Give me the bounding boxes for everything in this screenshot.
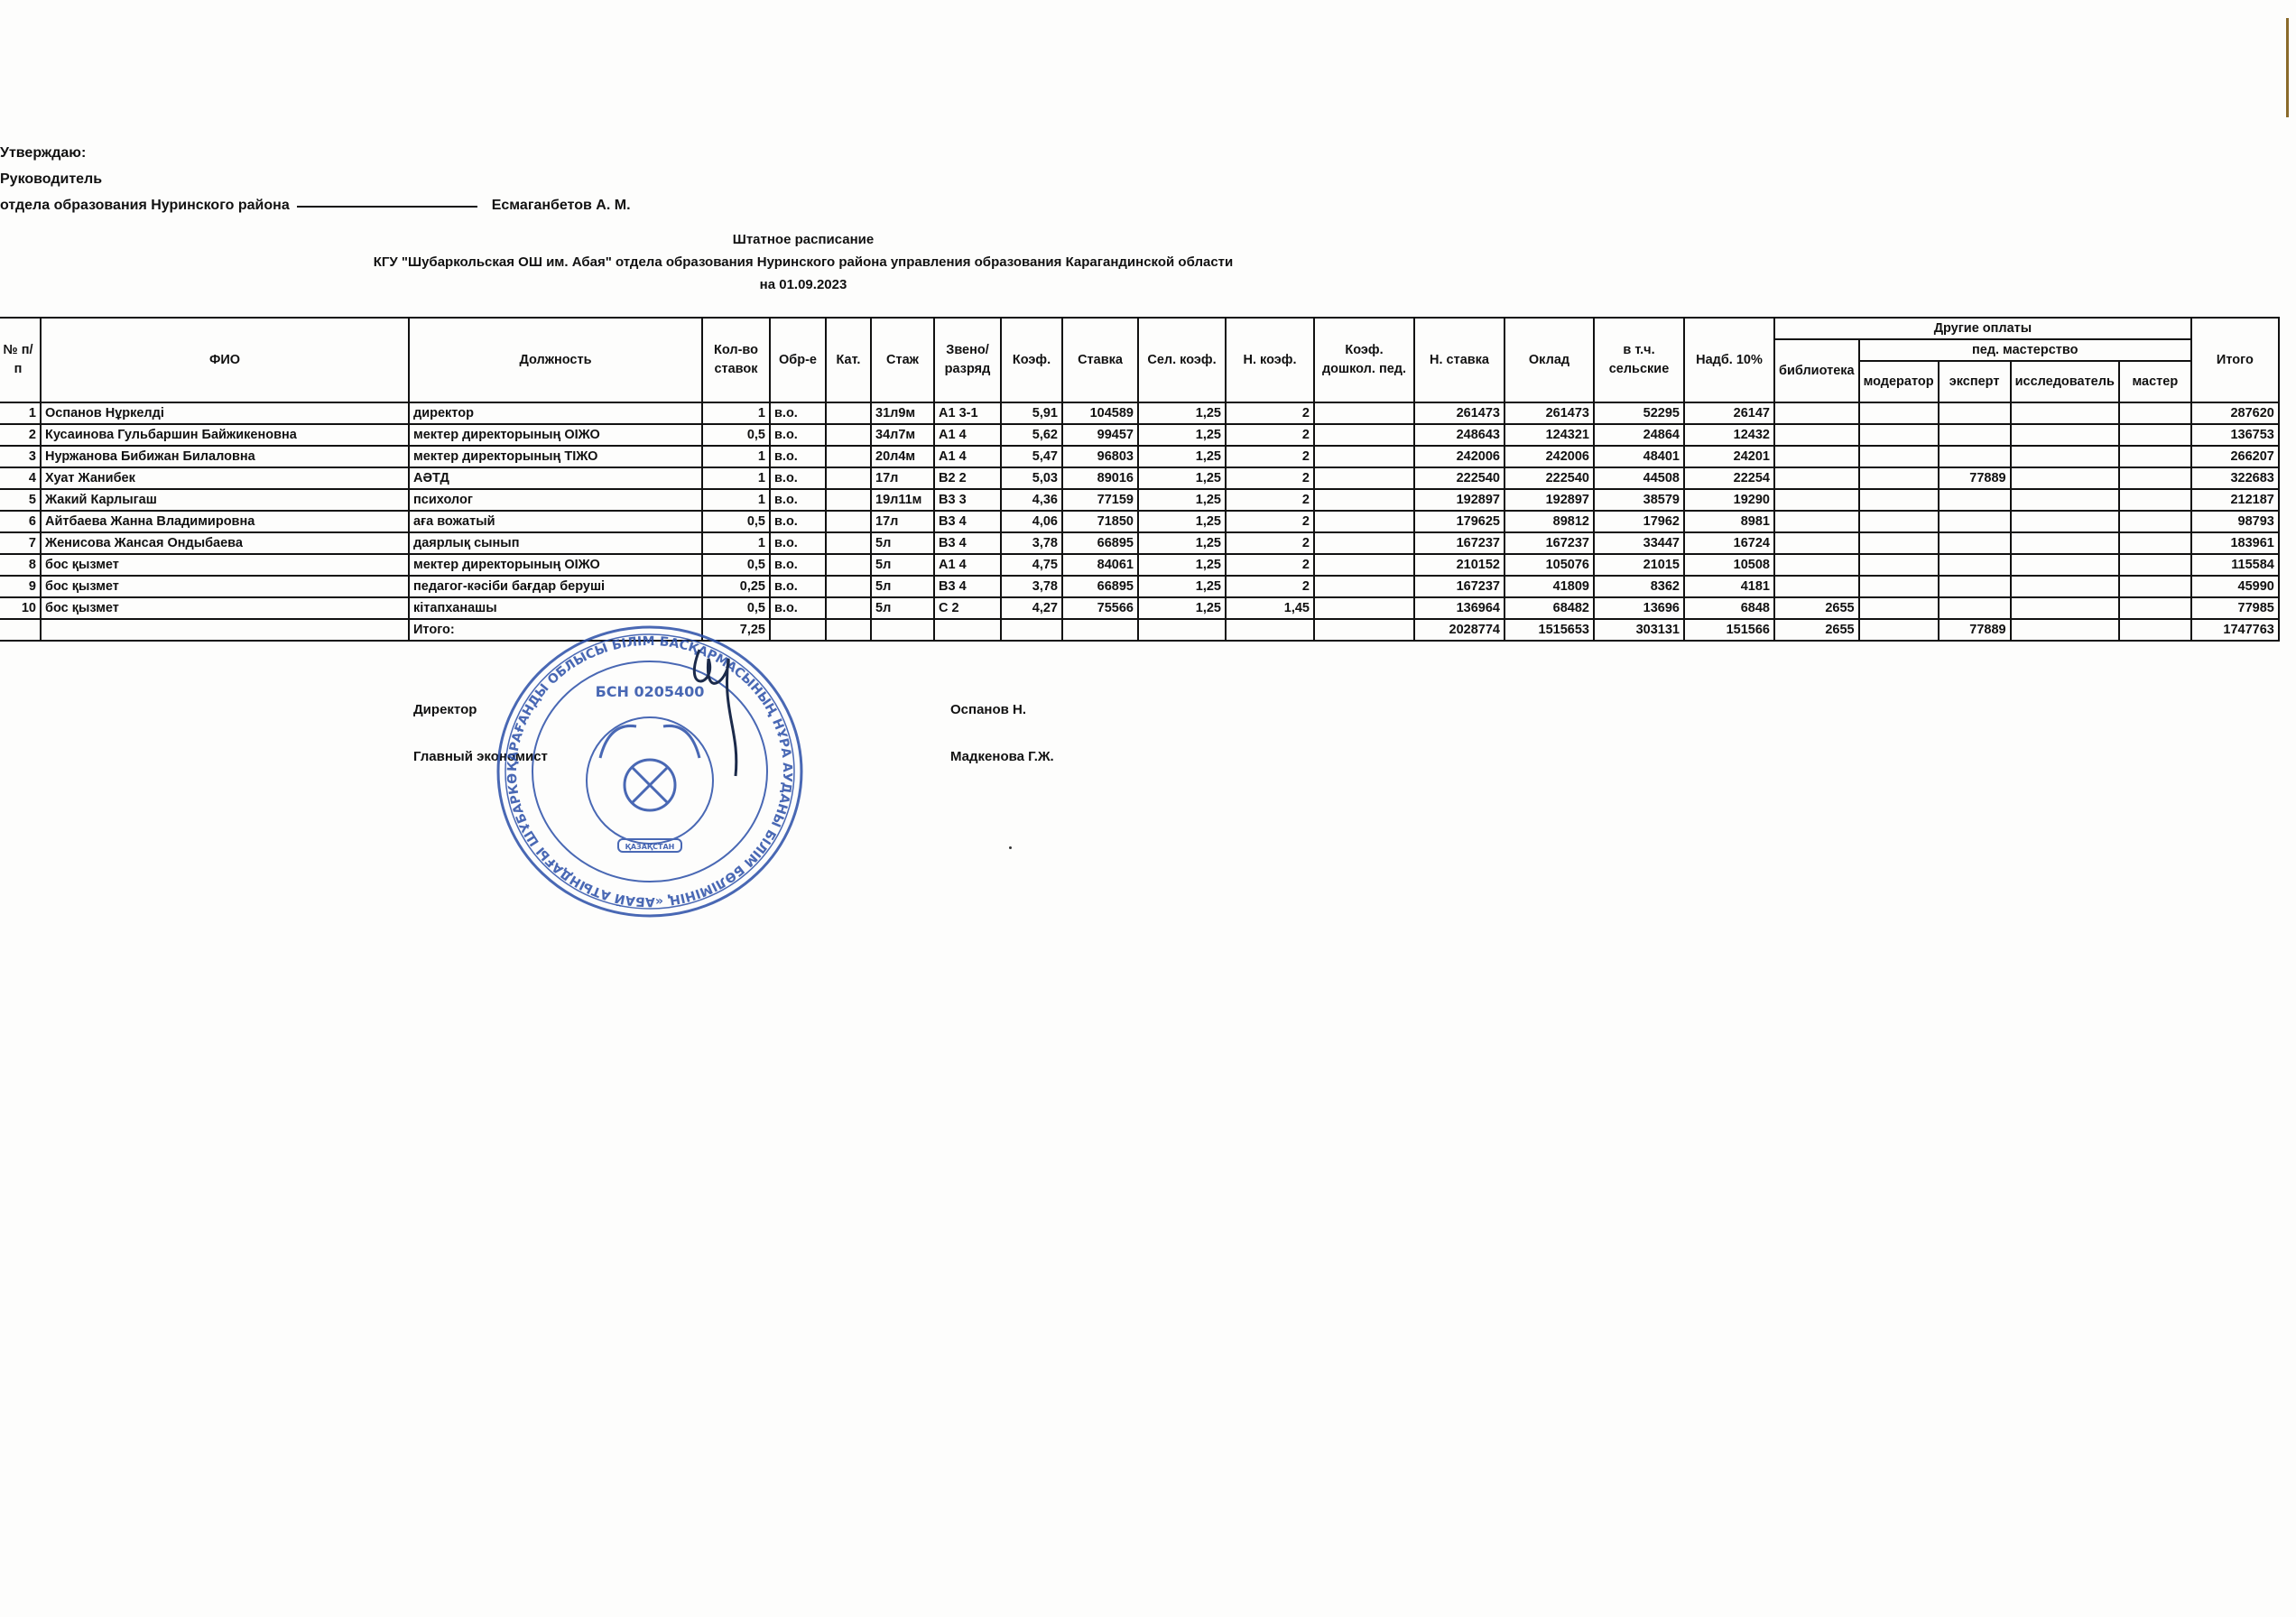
cell-rates: 1: [702, 467, 770, 489]
cell-num: 7: [0, 532, 41, 554]
cell-num: 8: [0, 554, 41, 576]
cell-position: мектер директорының ОІЖО: [409, 554, 702, 576]
table-row: 10бос қызметкітапханашы0,5в.о.5лС 24,277…: [0, 597, 2279, 619]
col-group-ped-mastery: пед. мастерство: [1859, 339, 2191, 361]
cell-fio: Нуржанова Бибижан Билаловна: [41, 446, 409, 467]
cell-bonus: 6848: [1684, 597, 1774, 619]
staff-schedule-table: № п/п ФИО Должность Кол-во ставок Обр-е …: [0, 317, 2280, 642]
cell-rural-coef: 1,25: [1138, 446, 1226, 467]
cell-n-coef: 2: [1226, 489, 1314, 511]
signature-role-director: Директор: [413, 702, 477, 717]
col-master: мастер: [2119, 361, 2191, 402]
col-bonus: Надб. 10%: [1684, 318, 1774, 402]
cell-position: даярлық сынып: [409, 532, 702, 554]
cell-coef: 4,27: [1001, 597, 1062, 619]
cell-n-stavka: 248643: [1414, 424, 1504, 446]
cell-moderator: [1859, 446, 1939, 467]
cell-stavka: 96803: [1062, 446, 1138, 467]
cell-preschool-coef: [1314, 446, 1414, 467]
total-cell-library: 2655: [1774, 619, 1859, 641]
col-rural: в т.ч. сельские: [1594, 318, 1684, 402]
approver-name: Есмаганбетов А. М.: [492, 198, 631, 213]
cell-oklad: 41809: [1504, 576, 1594, 597]
scan-edge-artifact: [2286, 18, 2289, 117]
cell-education: в.о.: [770, 489, 826, 511]
cell-position: педагог-кәсіби бағдар беруші: [409, 576, 702, 597]
cell-experience: 31л9м: [871, 402, 934, 424]
cell-rural: 38579: [1594, 489, 1684, 511]
cell-preschool-coef: [1314, 532, 1414, 554]
approval-dept: отдела образования Нуринского районаЕсма…: [0, 192, 631, 218]
cell-experience: 17л: [871, 467, 934, 489]
cell-oklad: 192897: [1504, 489, 1594, 511]
cell-rural: 44508: [1594, 467, 1684, 489]
cell-category: [826, 576, 871, 597]
cell-experience: 17л: [871, 511, 934, 532]
cell-library: [1774, 532, 1859, 554]
cell-stavka: 66895: [1062, 576, 1138, 597]
cell-n-stavka: 210152: [1414, 554, 1504, 576]
cell-category: [826, 597, 871, 619]
cell-grade: А1 4: [934, 554, 1001, 576]
cell-num: 9: [0, 576, 41, 597]
total-cell-expert: 77889: [1939, 619, 2011, 641]
cell-category: [826, 511, 871, 532]
total-cell-n-coef: [1226, 619, 1314, 641]
cell-expert: [1939, 532, 2011, 554]
cell-n-coef: 2: [1226, 576, 1314, 597]
cell-position: кітапханашы: [409, 597, 702, 619]
cell-rates: 1: [702, 532, 770, 554]
cell-coef: 5,91: [1001, 402, 1062, 424]
cell-total: 98793: [2191, 511, 2279, 532]
cell-master: [2119, 489, 2191, 511]
cell-n-stavka: 167237: [1414, 576, 1504, 597]
cell-library: [1774, 446, 1859, 467]
document-date: на 01.09.2023: [307, 273, 1300, 296]
cell-category: [826, 424, 871, 446]
cell-total: 266207: [2191, 446, 2279, 467]
cell-bonus: 22254: [1684, 467, 1774, 489]
cell-experience: 5л: [871, 576, 934, 597]
cell-experience: 5л: [871, 532, 934, 554]
cell-preschool-coef: [1314, 511, 1414, 532]
svg-text:БСН 0205400: БСН 0205400: [596, 683, 705, 700]
cell-rates: 0,5: [702, 511, 770, 532]
totals-row: Итого:7,25202877415156533031311515662655…: [0, 619, 2279, 641]
cell-fio: бос қызмет: [41, 576, 409, 597]
cell-moderator: [1859, 424, 1939, 446]
signature-name-director: Оспанов Н.: [950, 702, 1026, 717]
approval-block: Утверждаю: Руководитель отдела образован…: [0, 140, 631, 218]
cell-library: [1774, 576, 1859, 597]
cell-total: 212187: [2191, 489, 2279, 511]
col-coef: Коэф.: [1001, 318, 1062, 402]
cell-rates: 1: [702, 446, 770, 467]
cell-experience: 20л4м: [871, 446, 934, 467]
cell-fio: Оспанов Нұркелді: [41, 402, 409, 424]
header-row: № п/п ФИО Должность Кол-во ставок Обр-е …: [0, 318, 2279, 339]
cell-education: в.о.: [770, 576, 826, 597]
table-row: 2Кусаинова Гульбаршин Байжикеновнамектер…: [0, 424, 2279, 446]
cell-n-stavka: 136964: [1414, 597, 1504, 619]
cell-position: мектер директорының ТІЖО: [409, 446, 702, 467]
col-n-stavka: Н. ставка: [1414, 318, 1504, 402]
cell-bonus: 8981: [1684, 511, 1774, 532]
approval-role: Руководитель: [0, 166, 631, 192]
cell-n-stavka: 222540: [1414, 467, 1504, 489]
cell-researcher: [2011, 576, 2119, 597]
col-n-coef: Н. коэф.: [1226, 318, 1314, 402]
cell-n-coef: 2: [1226, 402, 1314, 424]
cell-coef: 4,36: [1001, 489, 1062, 511]
total-cell-bonus: 151566: [1684, 619, 1774, 641]
cell-library: [1774, 467, 1859, 489]
cell-expert: [1939, 402, 2011, 424]
cell-n-coef: 2: [1226, 467, 1314, 489]
cell-fio: Женисова Жансая Ондыбаева: [41, 532, 409, 554]
cell-num: 10: [0, 597, 41, 619]
cell-coef: 3,78: [1001, 532, 1062, 554]
cell-grade: В3 3: [934, 489, 1001, 511]
cell-rural-coef: 1,25: [1138, 532, 1226, 554]
cell-moderator: [1859, 489, 1939, 511]
total-cell-experience: [871, 619, 934, 641]
stamp-seal-icon: ҚАРАҒАНДЫ ОБЛЫСЫ БІЛІМ БАСҚАРМАСЫНЫҢ НҰР…: [492, 623, 808, 920]
cell-rural: 13696: [1594, 597, 1684, 619]
cell-library: [1774, 489, 1859, 511]
cell-n-stavka: 261473: [1414, 402, 1504, 424]
cell-stavka: 99457: [1062, 424, 1138, 446]
cell-n-stavka: 179625: [1414, 511, 1504, 532]
cell-preschool-coef: [1314, 576, 1414, 597]
table-row: 6Айтбаева Жанна Владимировнааға вожатый0…: [0, 511, 2279, 532]
cell-rates: 1: [702, 489, 770, 511]
cell-researcher: [2011, 511, 2119, 532]
cell-rates: 0,5: [702, 597, 770, 619]
table-row: 1Оспанов Нұркелдідиректор1в.о.31л9мА1 3-…: [0, 402, 2279, 424]
cell-grade: В3 4: [934, 532, 1001, 554]
cell-rural: 17962: [1594, 511, 1684, 532]
cell-master: [2119, 446, 2191, 467]
cell-rural-coef: 1,25: [1138, 511, 1226, 532]
cell-total: 287620: [2191, 402, 2279, 424]
cell-fio: Хуат Жанибек: [41, 467, 409, 489]
speck: [1009, 846, 1012, 849]
cell-bonus: 26147: [1684, 402, 1774, 424]
cell-coef: 4,06: [1001, 511, 1062, 532]
cell-library: [1774, 402, 1859, 424]
cell-position: аға вожатый: [409, 511, 702, 532]
cell-expert: [1939, 489, 2011, 511]
col-oklad: Оклад: [1504, 318, 1594, 402]
cell-oklad: 124321: [1504, 424, 1594, 446]
cell-num: 5: [0, 489, 41, 511]
col-preschool-coef: Коэф. дошкол. пед.: [1314, 318, 1414, 402]
organization-name: КГУ "Шубаркольская ОШ им. Абая" отдела о…: [307, 251, 1300, 273]
cell-bonus: 4181: [1684, 576, 1774, 597]
cell-rates: 0,5: [702, 554, 770, 576]
cell-library: [1774, 554, 1859, 576]
cell-grade: С 2: [934, 597, 1001, 619]
cell-oklad: 261473: [1504, 402, 1594, 424]
cell-rural-coef: 1,25: [1138, 402, 1226, 424]
cell-rural-coef: 1,25: [1138, 489, 1226, 511]
cell-preschool-coef: [1314, 402, 1414, 424]
cell-coef: 3,78: [1001, 576, 1062, 597]
cell-position: мектер директорының ОІЖО: [409, 424, 702, 446]
cell-n-stavka: 242006: [1414, 446, 1504, 467]
cell-grade: А1 4: [934, 446, 1001, 467]
cell-education: в.о.: [770, 446, 826, 467]
cell-bonus: 24201: [1684, 446, 1774, 467]
cell-fio: Айтбаева Жанна Владимировна: [41, 511, 409, 532]
cell-n-coef: 2: [1226, 446, 1314, 467]
cell-researcher: [2011, 446, 2119, 467]
col-experience: Стаж: [871, 318, 934, 402]
cell-library: 2655: [1774, 597, 1859, 619]
cell-n-coef: 2: [1226, 554, 1314, 576]
cell-category: [826, 402, 871, 424]
col-grade: Звено/разряд: [934, 318, 1001, 402]
cell-fio: Жакий Карлыгаш: [41, 489, 409, 511]
col-category: Кат.: [826, 318, 871, 402]
total-cell-master: [2119, 619, 2191, 641]
cell-num: 3: [0, 446, 41, 467]
cell-grade: В3 4: [934, 511, 1001, 532]
cell-category: [826, 467, 871, 489]
cell-researcher: [2011, 597, 2119, 619]
cell-education: в.о.: [770, 532, 826, 554]
cell-oklad: 105076: [1504, 554, 1594, 576]
cell-stavka: 89016: [1062, 467, 1138, 489]
cell-fio: бос қызмет: [41, 597, 409, 619]
cell-master: [2119, 511, 2191, 532]
cell-expert: [1939, 576, 2011, 597]
total-cell-rural: 303131: [1594, 619, 1684, 641]
cell-num: 1: [0, 402, 41, 424]
cell-rural-coef: 1,25: [1138, 467, 1226, 489]
col-rates: Кол-во ставок: [702, 318, 770, 402]
cell-rural-coef: 1,25: [1138, 597, 1226, 619]
cell-bonus: 19290: [1684, 489, 1774, 511]
cell-fio: бос қызмет: [41, 554, 409, 576]
signature-name-economist: Мадкенова Г.Ж.: [950, 749, 1054, 764]
cell-fio: Кусаинова Гульбаршин Байжикеновна: [41, 424, 409, 446]
cell-grade: А1 3-1: [934, 402, 1001, 424]
total-cell-grade: [934, 619, 1001, 641]
cell-coef: 4,75: [1001, 554, 1062, 576]
table-row: 5Жакий Карлыгашпсихолог1в.о.19л11мВ3 34,…: [0, 489, 2279, 511]
cell-stavka: 84061: [1062, 554, 1138, 576]
cell-education: в.о.: [770, 424, 826, 446]
total-cell-coef: [1001, 619, 1062, 641]
cell-oklad: 222540: [1504, 467, 1594, 489]
approval-dept-text: отдела образования Нуринского района: [0, 198, 290, 213]
cell-category: [826, 446, 871, 467]
cell-rural: 52295: [1594, 402, 1684, 424]
col-total: Итого: [2191, 318, 2279, 402]
cell-n-coef: 2: [1226, 511, 1314, 532]
table-row: 4Хуат ЖанибекАӘТД1в.о.17лВ2 25,03890161,…: [0, 467, 2279, 489]
svg-text:ҚАРАҒАНДЫ ОБЛЫСЫ БІЛІМ БАСҚАРМ: ҚАРАҒАНДЫ ОБЛЫСЫ БІЛІМ БАСҚАРМАСЫНЫҢ НҰР…: [492, 623, 794, 909]
total-cell-category: [826, 619, 871, 641]
cell-rural: 48401: [1594, 446, 1684, 467]
cell-total: 115584: [2191, 554, 2279, 576]
cell-rural: 24864: [1594, 424, 1684, 446]
cell-master: [2119, 424, 2191, 446]
cell-position: АӘТД: [409, 467, 702, 489]
col-stavka: Ставка: [1062, 318, 1138, 402]
cell-master: [2119, 597, 2191, 619]
cell-bonus: 12432: [1684, 424, 1774, 446]
cell-stavka: 71850: [1062, 511, 1138, 532]
cell-oklad: 89812: [1504, 511, 1594, 532]
col-researcher: исследователь: [2011, 361, 2119, 402]
cell-education: в.о.: [770, 402, 826, 424]
cell-n-stavka: 192897: [1414, 489, 1504, 511]
stamp-outer-text: ҚАРАҒАНДЫ ОБЛЫСЫ БІЛІМ БАСҚАРМАСЫНЫҢ НҰР…: [492, 623, 794, 909]
total-cell-num: [0, 619, 41, 641]
cell-total: 322683: [2191, 467, 2279, 489]
cell-master: [2119, 576, 2191, 597]
cell-preschool-coef: [1314, 424, 1414, 446]
col-group-other-payments: Другие оплаты: [1774, 318, 2191, 339]
cell-oklad: 242006: [1504, 446, 1594, 467]
cell-moderator: [1859, 597, 1939, 619]
cell-grade: В2 2: [934, 467, 1001, 489]
cell-n-coef: 2: [1226, 532, 1314, 554]
col-education: Обр-е: [770, 318, 826, 402]
total-cell-n-stavka: 2028774: [1414, 619, 1504, 641]
col-expert: эксперт: [1939, 361, 2011, 402]
cell-education: в.о.: [770, 511, 826, 532]
total-cell-fio: [41, 619, 409, 641]
cell-expert: [1939, 597, 2011, 619]
cell-category: [826, 554, 871, 576]
cell-preschool-coef: [1314, 489, 1414, 511]
total-cell-total: 1747763: [2191, 619, 2279, 641]
total-cell-researcher: [2011, 619, 2119, 641]
cell-grade: В3 4: [934, 576, 1001, 597]
cell-rural-coef: 1,25: [1138, 576, 1226, 597]
cell-education: в.о.: [770, 467, 826, 489]
table-row: 3Нуржанова Бибижан Билаловнамектер дирек…: [0, 446, 2279, 467]
col-library: библиотека: [1774, 339, 1859, 402]
cell-num: 4: [0, 467, 41, 489]
col-position: Должность: [409, 318, 702, 402]
table-row: 9бос қызметпедагог-кәсіби бағдар беруші0…: [0, 576, 2279, 597]
cell-grade: А1 4: [934, 424, 1001, 446]
cell-stavka: 75566: [1062, 597, 1138, 619]
col-num: № п/п: [0, 318, 41, 402]
cell-oklad: 68482: [1504, 597, 1594, 619]
cell-n-coef: 1,45: [1226, 597, 1314, 619]
cell-rural: 33447: [1594, 532, 1684, 554]
cell-expert: [1939, 554, 2011, 576]
cell-rural: 8362: [1594, 576, 1684, 597]
col-rural-coef: Сел. коэф.: [1138, 318, 1226, 402]
cell-stavka: 104589: [1062, 402, 1138, 424]
cell-preschool-coef: [1314, 554, 1414, 576]
cell-position: психолог: [409, 489, 702, 511]
cell-stavka: 77159: [1062, 489, 1138, 511]
cell-bonus: 16724: [1684, 532, 1774, 554]
cell-moderator: [1859, 554, 1939, 576]
cell-num: 6: [0, 511, 41, 532]
cell-researcher: [2011, 489, 2119, 511]
cell-preschool-coef: [1314, 597, 1414, 619]
document-title-block: Штатное расписание КГУ "Шубаркольская ОШ…: [307, 228, 1300, 296]
cell-moderator: [1859, 467, 1939, 489]
svg-text:ҚАЗАҚСТАН: ҚАЗАҚСТАН: [625, 843, 675, 851]
cell-rates: 0,5: [702, 424, 770, 446]
total-cell-stavka: [1062, 619, 1138, 641]
cell-total: 45990: [2191, 576, 2279, 597]
cell-moderator: [1859, 532, 1939, 554]
cell-education: в.о.: [770, 554, 826, 576]
cell-n-stavka: 167237: [1414, 532, 1504, 554]
cell-rates: 0,25: [702, 576, 770, 597]
total-cell-rural-coef: [1138, 619, 1226, 641]
cell-coef: 5,47: [1001, 446, 1062, 467]
cell-experience: 34л7м: [871, 424, 934, 446]
cell-rural-coef: 1,25: [1138, 424, 1226, 446]
cell-category: [826, 489, 871, 511]
cell-total: 183961: [2191, 532, 2279, 554]
cell-experience: 5л: [871, 554, 934, 576]
cell-moderator: [1859, 402, 1939, 424]
document-heading: Штатное расписание: [307, 228, 1300, 251]
cell-master: [2119, 554, 2191, 576]
approval-label: Утверждаю:: [0, 140, 631, 166]
cell-rural-coef: 1,25: [1138, 554, 1226, 576]
cell-master: [2119, 467, 2191, 489]
total-cell-oklad: 1515653: [1504, 619, 1594, 641]
cell-position: директор: [409, 402, 702, 424]
cell-master: [2119, 402, 2191, 424]
cell-library: [1774, 511, 1859, 532]
cell-expert: [1939, 424, 2011, 446]
cell-total: 136753: [2191, 424, 2279, 446]
cell-expert: [1939, 511, 2011, 532]
table-row: 7Женисова Жансая Ондыбаевадаярлық сынып1…: [0, 532, 2279, 554]
cell-master: [2119, 532, 2191, 554]
cell-stavka: 66895: [1062, 532, 1138, 554]
cell-experience: 5л: [871, 597, 934, 619]
cell-bonus: 10508: [1684, 554, 1774, 576]
cell-library: [1774, 424, 1859, 446]
cell-researcher: [2011, 467, 2119, 489]
cell-category: [826, 532, 871, 554]
cell-education: в.о.: [770, 597, 826, 619]
col-fio: ФИО: [41, 318, 409, 402]
cell-expert: [1939, 446, 2011, 467]
signature-line: [297, 206, 477, 208]
cell-coef: 5,62: [1001, 424, 1062, 446]
official-stamp: ҚАРАҒАНДЫ ОБЛЫСЫ БІЛІМ БАСҚАРМАСЫНЫҢ НҰР…: [492, 623, 808, 920]
cell-preschool-coef: [1314, 467, 1414, 489]
cell-rates: 1: [702, 402, 770, 424]
cell-rural: 21015: [1594, 554, 1684, 576]
cell-researcher: [2011, 554, 2119, 576]
cell-n-coef: 2: [1226, 424, 1314, 446]
cell-coef: 5,03: [1001, 467, 1062, 489]
cell-moderator: [1859, 511, 1939, 532]
cell-moderator: [1859, 576, 1939, 597]
col-moderator: модератор: [1859, 361, 1939, 402]
cell-experience: 19л11м: [871, 489, 934, 511]
